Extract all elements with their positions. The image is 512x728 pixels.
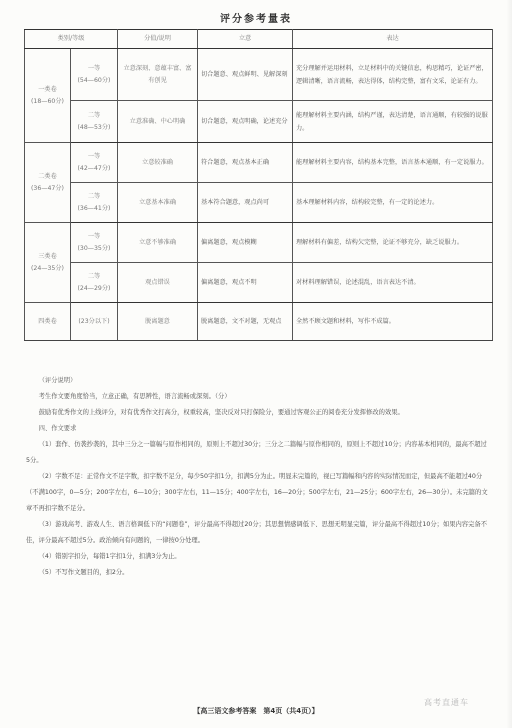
level-range: (54—60分) [74,75,114,87]
scoring-notes: （评分说明） 考生作文要角度恰当，立意正确，有思辨性，语言流畅或深刻。（分） 鼓… [26,373,490,581]
table-row: 四类卷 (23分以下) 脱离题意 脱离题意，文不对题，无观点 全然不顾文题和材料… [25,303,493,341]
expression-cell: 充分理解并运用材料，立足材料中的关键信息，构思精巧，论证严密，逻辑清晰，语言流畅… [293,49,493,101]
header-score: 分值/说明 [118,30,198,49]
level-label: 一等 [74,151,114,163]
note-paragraph: （5）不写作文题目的，扣2分。 [26,565,490,581]
note-paragraph: 考生作文要角度恰当，立意正确，有思辨性，语言流畅或深刻。（分） [26,389,490,405]
header-expression: 表达 [293,30,493,49]
level-cell: 一等 (54—60分) [71,49,118,101]
notes-heading: （评分说明） [26,373,490,389]
scoring-rubric-table: 类别/等级 分值/说明 立意 表达 一类卷 (18—60分) 一等 (54—60… [24,29,493,341]
level-range: (24—29分) [74,283,114,295]
grade-label: 二类卷 [28,171,67,183]
level-cell: 二等 (36—41分) [71,183,118,223]
level-label: 二等 [74,271,114,283]
level-range: (30—35分) [74,243,114,255]
grade-range: (24—35分) [28,263,67,275]
point-cell: 立意深刻、意蕴丰富、富有创见 [118,49,198,101]
level-label: 二等 [74,191,114,203]
level-cell: 一等 (42—47分) [71,143,118,183]
watermark: 高考直通车 [424,697,469,708]
level-cell: 一等 (30—35分) [71,223,118,263]
level-range: (42—47分) [74,163,114,175]
point-cell: 观点错误 [118,263,198,303]
header-theme: 立意 [198,30,293,49]
document-page: 评分参考量表 类别/等级 分值/说明 立意 表达 一类卷 (18—60分) 一等 [0,0,512,728]
expression-cell: 对材料理解错误，论述混乱，语言表达不清。 [293,263,493,303]
table-header-row: 类别/等级 分值/说明 立意 表达 [25,30,493,49]
table-row: 二等 (36—41分) 立意基本准确 基本符合题意，观点尚可 基本理解材料内容，… [25,183,493,223]
level-cell: 二等 (24—29分) [71,263,118,303]
point-cell: 立意不够准确 [118,223,198,263]
note-paragraph: （2）字数不足：正常作文不足字数，扣字数不足分，每少50字扣1分，扣满5分为止。… [26,469,490,517]
expression-cell: 能理解材料主要内涵，结构严谨，表达清楚，语言通顺，有较强的说服力。 [293,101,493,143]
level-range: (48—53分) [74,122,114,134]
level-cell: (23分以下) [71,303,118,341]
grade-cell: 二类卷 (36—47分) [25,143,71,223]
grade-cell: 三类卷 (24—35分) [25,223,71,303]
point-cell: 立意基本准确 [118,183,198,223]
table-row: 一类卷 (18—60分) 一等 (54—60分) 立意深刻、意蕴丰富、富有创见 … [25,49,493,101]
grade-range: (36—47分) [28,183,67,195]
note-paragraph: 鼓励有优秀作文的上线评分，对有优秀作文打高分，权重较高，坚决反对只打保险分，要通… [26,405,490,421]
page-title: 评分参考量表 [0,10,512,25]
content-cell: 符合题意，观点基本正确 [198,143,293,183]
table-row: 二等 (24—29分) 观点错误 偏离题意，观点不明 对材料理解错误，论述混乱，… [25,263,493,303]
grade-label: 一类卷 [28,84,67,96]
content-cell: 脱离题意，文不对题，无观点 [198,303,293,341]
content-cell: 偏离题意，观点不明 [198,263,293,303]
table-row: 三类卷 (24—35分) 一等 (30—35分) 立意不够准确 偏离题意，观点模… [25,223,493,263]
content-cell: 偏离题意，观点模糊 [198,223,293,263]
content-cell: 切合题意、观点鲜明、见解深刻 [198,49,293,101]
grade-cell: 一类卷 (18—60分) [25,49,71,143]
header-category: 类别/等级 [25,30,118,49]
level-cell: 二等 (48—53分) [71,101,118,143]
expression-cell: 理解材料有偏差，结构欠完整，论证不够充分，缺乏说服力。 [293,223,493,263]
requirements-heading: 四、作文要求 [26,421,490,437]
expression-cell: 基本理解材料内容，结构较完整，有一定的论述力。 [293,183,493,223]
grade-cell: 四类卷 [25,303,71,341]
table-row: 二等 (48—53分) 立意准确、中心明确 切合题意，观点明确，论述充分 能理解… [25,101,493,143]
scan-edge-shadow [506,0,512,728]
point-cell: 立意准确、中心明确 [118,101,198,143]
grade-label: 四类卷 [28,316,67,328]
expression-cell: 全然不顾文题和材料，写作不成篇。 [293,303,493,341]
content-cell: 基本符合题意，观点尚可 [198,183,293,223]
point-cell: 立意较准确 [118,143,198,183]
grade-range: (18—60分) [28,96,67,108]
expression-cell: 能理解材料主要内容，结构基本完整，语言基本通顺，有一定说服力。 [293,143,493,183]
level-range: (36—41分) [74,203,114,215]
table-row: 二类卷 (36—47分) 一等 (42—47分) 立意较准确 符合题意，观点基本… [25,143,493,183]
grade-label: 三类卷 [28,251,67,263]
point-cell: 脱离题意 [118,303,198,341]
note-paragraph: （1）套作、仿袭抄袭的，其中三分之一篇幅与原作相同的，原则上不超过30分；三分之… [26,437,490,469]
note-paragraph: （4）错别字扣分，每错1字扣1分，扣满3分为止。 [26,549,490,565]
level-label: 一等 [74,63,114,75]
level-label: 二等 [74,110,114,122]
content-cell: 切合题意，观点明确，论述充分 [198,101,293,143]
note-paragraph: （3）游戏高考、游戏人生、语言格调低下的“问题卷”，评分最高不得超过20分；其思… [26,517,490,549]
level-label: 一等 [74,231,114,243]
